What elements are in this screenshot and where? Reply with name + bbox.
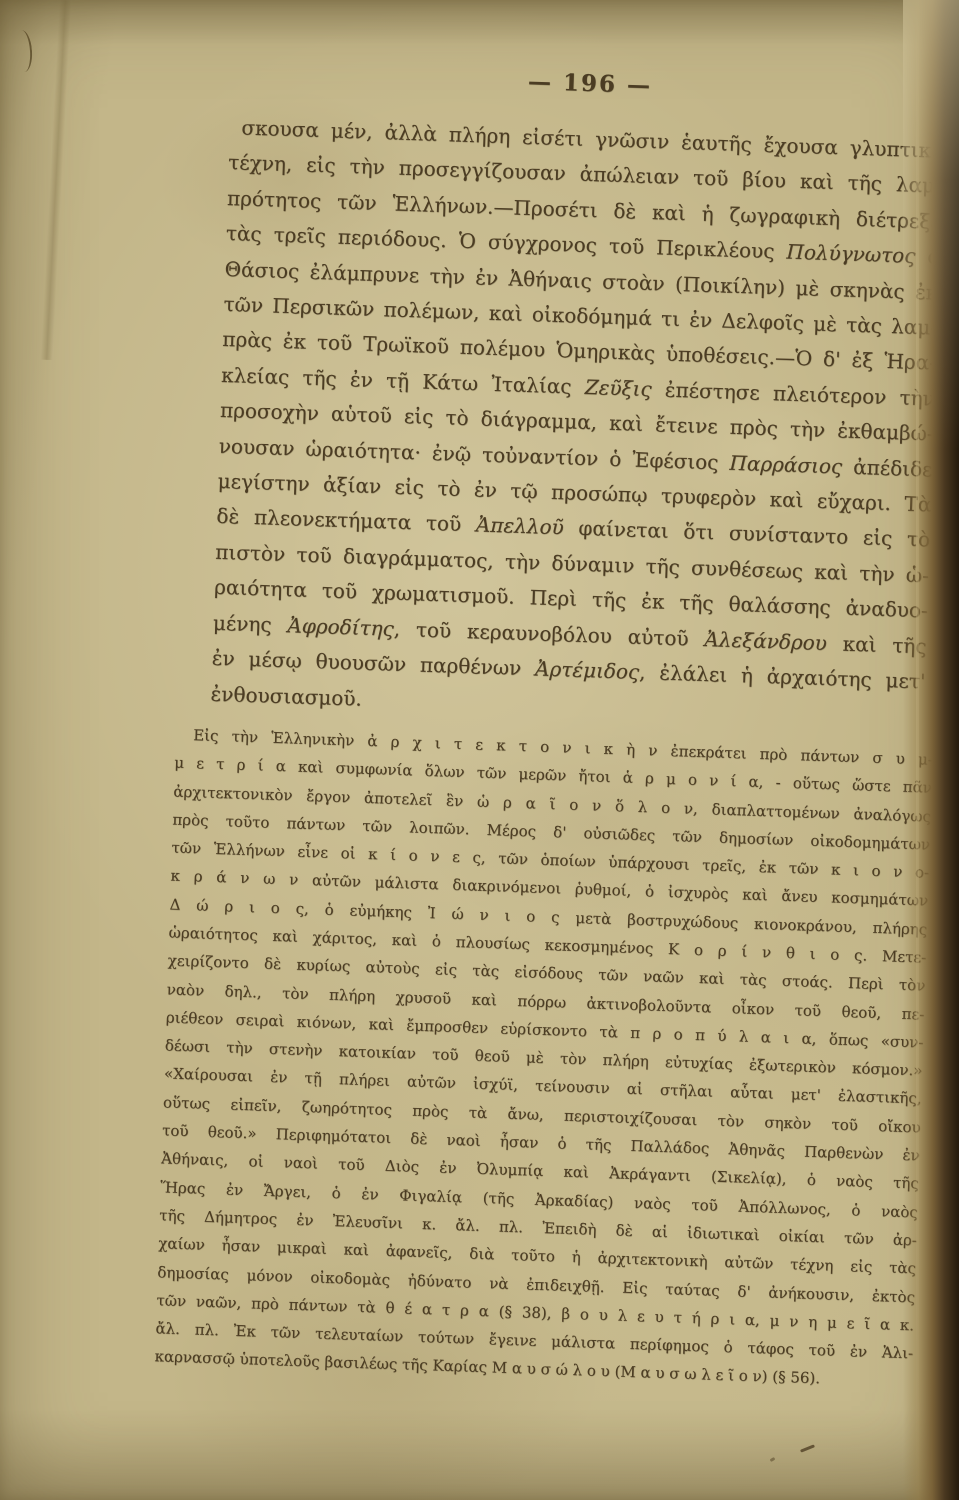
text-area: σκουσα μέν, ἀλλὰ πλήρη εἰσέτι γνῶσιν ἑαυ…	[188, 110, 945, 1396]
ink-smudge-mark	[800, 1444, 815, 1452]
scanned-book-page: — 196 — σκουσα μέν, ἀλλὰ πλήρη εἰσέτι γν…	[0, 0, 959, 1500]
paper-crease	[41, 0, 72, 360]
ink-speck	[770, 1457, 776, 1462]
main-paragraph: σκουσα μέν, ἀλλὰ πλήρη εἰσέτι γνῶσιν ἑαυ…	[210, 110, 944, 735]
small-text-block: Εἰς τὴν Ἑλληνικὴν ἀ ρ χ ι τ ε κ τ ο ν ι …	[154, 720, 933, 1396]
page-number: — 196 —	[500, 67, 681, 100]
paper-crack-mark	[16, 30, 34, 73]
